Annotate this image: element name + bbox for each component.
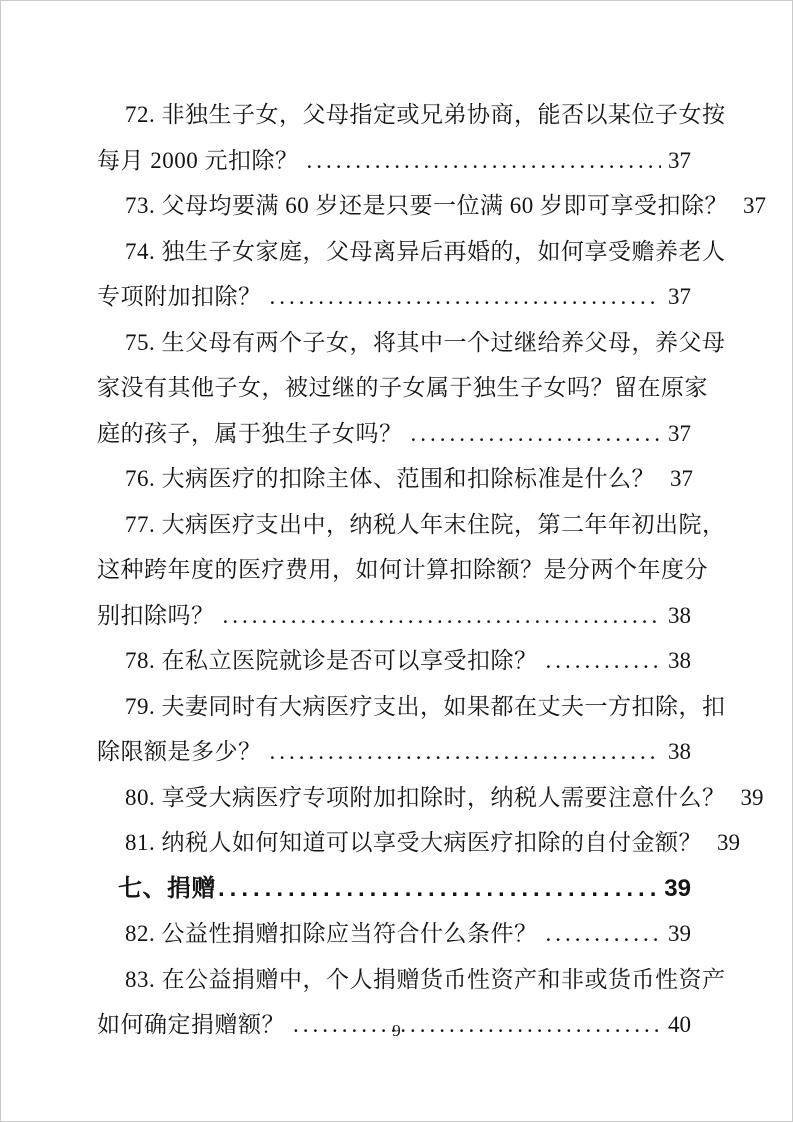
toc-entry-line: 77. 大病医疗支出中，纳税人年末住院，第二年年初出院， <box>97 502 691 548</box>
toc-page-number: 37 <box>670 456 693 502</box>
toc-entry-line: 73. 父母均要满 60 岁还是只要一位满 60 岁即可享受扣除？37 <box>97 183 691 229</box>
toc-entry-text: 82. 公益性捐赠扣除应当符合什么条件？ <box>125 911 538 957</box>
toc-entry-line: 81. 纳税人如何知道可以享受大病医疗扣除的自付金额？39 <box>97 820 691 866</box>
toc-entry-line: 79. 夫妻同时有大病医疗支出，如果都在丈夫一方扣除，扣 <box>97 684 691 730</box>
toc-page-number: 37 <box>668 411 691 457</box>
toc-page-number: 38 <box>668 593 691 639</box>
toc-entry-line: 78. 在私立医院就诊是否可以享受扣除？....................… <box>97 638 691 684</box>
toc-entry-text: 72. 非独生子女，父母指定或兄弟协商，能否以某位子女按 <box>125 92 726 138</box>
folio-page-number: 9 <box>0 1021 793 1041</box>
toc-page-number: 37 <box>668 274 691 320</box>
dot-leader: ........................................… <box>223 593 662 639</box>
toc-entry-text: 74. 独生子女家庭，父母离异后再婚的，如何享受赡养老人 <box>125 229 726 275</box>
toc-entry-text: 78. 在私立医院就诊是否可以享受扣除？ <box>125 638 538 684</box>
toc-entry-line: 庭的孩子，属于独生子女吗？...........................… <box>97 411 691 457</box>
toc-entry-line: 专项附加扣除？.................................… <box>97 274 691 320</box>
document-page: 72. 非独生子女，父母指定或兄弟协商，能否以某位子女按每月 2000 元扣除？… <box>0 0 793 1122</box>
toc-entry-text: 这种跨年度的医疗费用，如何计算扣除额？是分两个年度分 <box>97 547 708 593</box>
toc-entry-text: 73. 父母均要满 60 岁还是只要一位满 60 岁即可享受扣除？ <box>125 183 728 229</box>
dot-leader: ........................................… <box>270 729 662 775</box>
toc-page-number: 39 <box>664 866 691 912</box>
toc-entry-text: 80. 享受大病医疗专项附加扣除时，纳税人需要注意什么？ <box>125 775 726 821</box>
toc-entry-line: 82. 公益性捐赠扣除应当符合什么条件？....................… <box>97 911 691 957</box>
dot-leader: ........................................… <box>270 274 662 320</box>
toc-entry-line: 74. 独生子女家庭，父母离异后再婚的，如何享受赡养老人 <box>97 229 691 275</box>
toc-entry-line: 别扣除吗？...................................… <box>97 593 691 639</box>
toc-entry-text: 专项附加扣除？ <box>97 274 262 320</box>
toc-entry-line: 83. 在公益捐赠中，个人捐赠货币性资产和非或货币性资产 <box>97 957 691 1003</box>
toc-page-number: 37 <box>743 183 766 229</box>
toc-page-number: 39 <box>668 911 691 957</box>
dot-leader: ........................................… <box>411 411 662 457</box>
toc-entry-text: 77. 大病医疗支出中，纳税人年末住院，第二年年初出院， <box>125 502 726 548</box>
toc-entry-line: 72. 非独生子女，父母指定或兄弟协商，能否以某位子女按 <box>97 92 691 138</box>
toc-page-number: 38 <box>668 729 691 775</box>
toc-entry-line: 除限额是多少？.................................… <box>97 729 691 775</box>
toc-entry-line: 75. 生父母有两个子女，将其中一个过继给养父母，养父母 <box>97 320 691 366</box>
toc-page-number: 38 <box>668 638 691 684</box>
toc-entry-line: 每月 2000 元扣除？............................… <box>97 138 691 184</box>
dot-leader: ........................................… <box>218 866 657 912</box>
toc-entry-line: 这种跨年度的医疗费用，如何计算扣除额？是分两个年度分 <box>97 547 691 593</box>
toc-entry-text: 每月 2000 元扣除？ <box>97 138 299 184</box>
toc-entry-text: 别扣除吗？ <box>97 593 215 639</box>
dot-leader: ........................................… <box>546 911 662 957</box>
toc-page-number: 37 <box>668 138 691 184</box>
toc-entry-text: 家没有其他子女，被过继的子女属于独生子女吗？留在原家 <box>97 365 708 411</box>
toc-page-number: 39 <box>717 820 740 866</box>
toc-entry-text: 除限额是多少？ <box>97 729 262 775</box>
toc-entry-text: 83. 在公益捐赠中，个人捐赠货币性资产和非或货币性资产 <box>125 957 726 1003</box>
dot-leader: ........................................… <box>546 638 662 684</box>
toc-entry-line: 80. 享受大病医疗专项附加扣除时，纳税人需要注意什么？39 <box>97 775 691 821</box>
toc-entry-text: 七、捐赠 <box>118 866 216 912</box>
toc-entry-text: 81. 纳税人如何知道可以享受大病医疗扣除的自付金额？ <box>125 820 702 866</box>
dot-leader: ........................................… <box>307 138 662 184</box>
toc-entry-line: 家没有其他子女，被过继的子女属于独生子女吗？留在原家 <box>97 365 691 411</box>
toc-page-number: 39 <box>741 775 764 821</box>
toc-entry-text: 79. 夫妻同时有大病医疗支出，如果都在丈夫一方扣除，扣 <box>125 684 726 730</box>
toc-section-heading-line: 七、捐赠....................................… <box>97 866 691 912</box>
toc-entry-line: 76. 大病医疗的扣除主体、范围和扣除标准是什么？...............… <box>97 456 691 502</box>
toc-entry-text: 庭的孩子，属于独生子女吗？ <box>97 411 403 457</box>
toc-entry-text: 76. 大病医疗的扣除主体、范围和扣除标准是什么？ <box>125 456 655 502</box>
toc-list: 72. 非独生子女，父母指定或兄弟协商，能否以某位子女按每月 2000 元扣除？… <box>97 92 691 1048</box>
toc-entry-text: 75. 生父母有两个子女，将其中一个过继给养父母，养父母 <box>125 320 726 366</box>
